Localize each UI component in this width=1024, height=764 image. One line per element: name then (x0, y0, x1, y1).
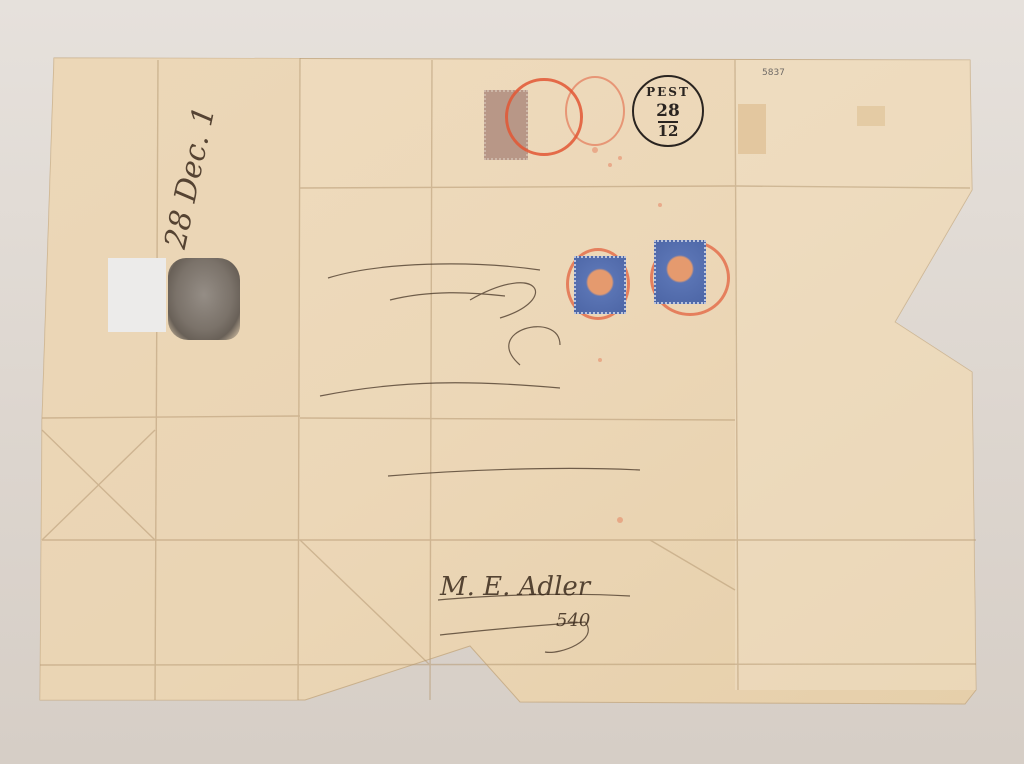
postmark-town: PEST (634, 85, 702, 99)
wax-seal-remnant (168, 258, 240, 340)
pest-postmark: PEST 28 12 (632, 75, 704, 147)
postmark-month: 12 (634, 122, 702, 140)
postmark-day: 28 (634, 101, 702, 121)
blue-postage-stamp (654, 240, 706, 304)
sender-signature: M. E. Adler (440, 572, 590, 602)
torn-hole (108, 258, 166, 332)
pencil-note: 5837 (762, 68, 785, 78)
blue-postage-stamp (574, 256, 626, 314)
sender-number: 540 (556, 610, 590, 631)
red-postmark-circle (565, 76, 625, 146)
